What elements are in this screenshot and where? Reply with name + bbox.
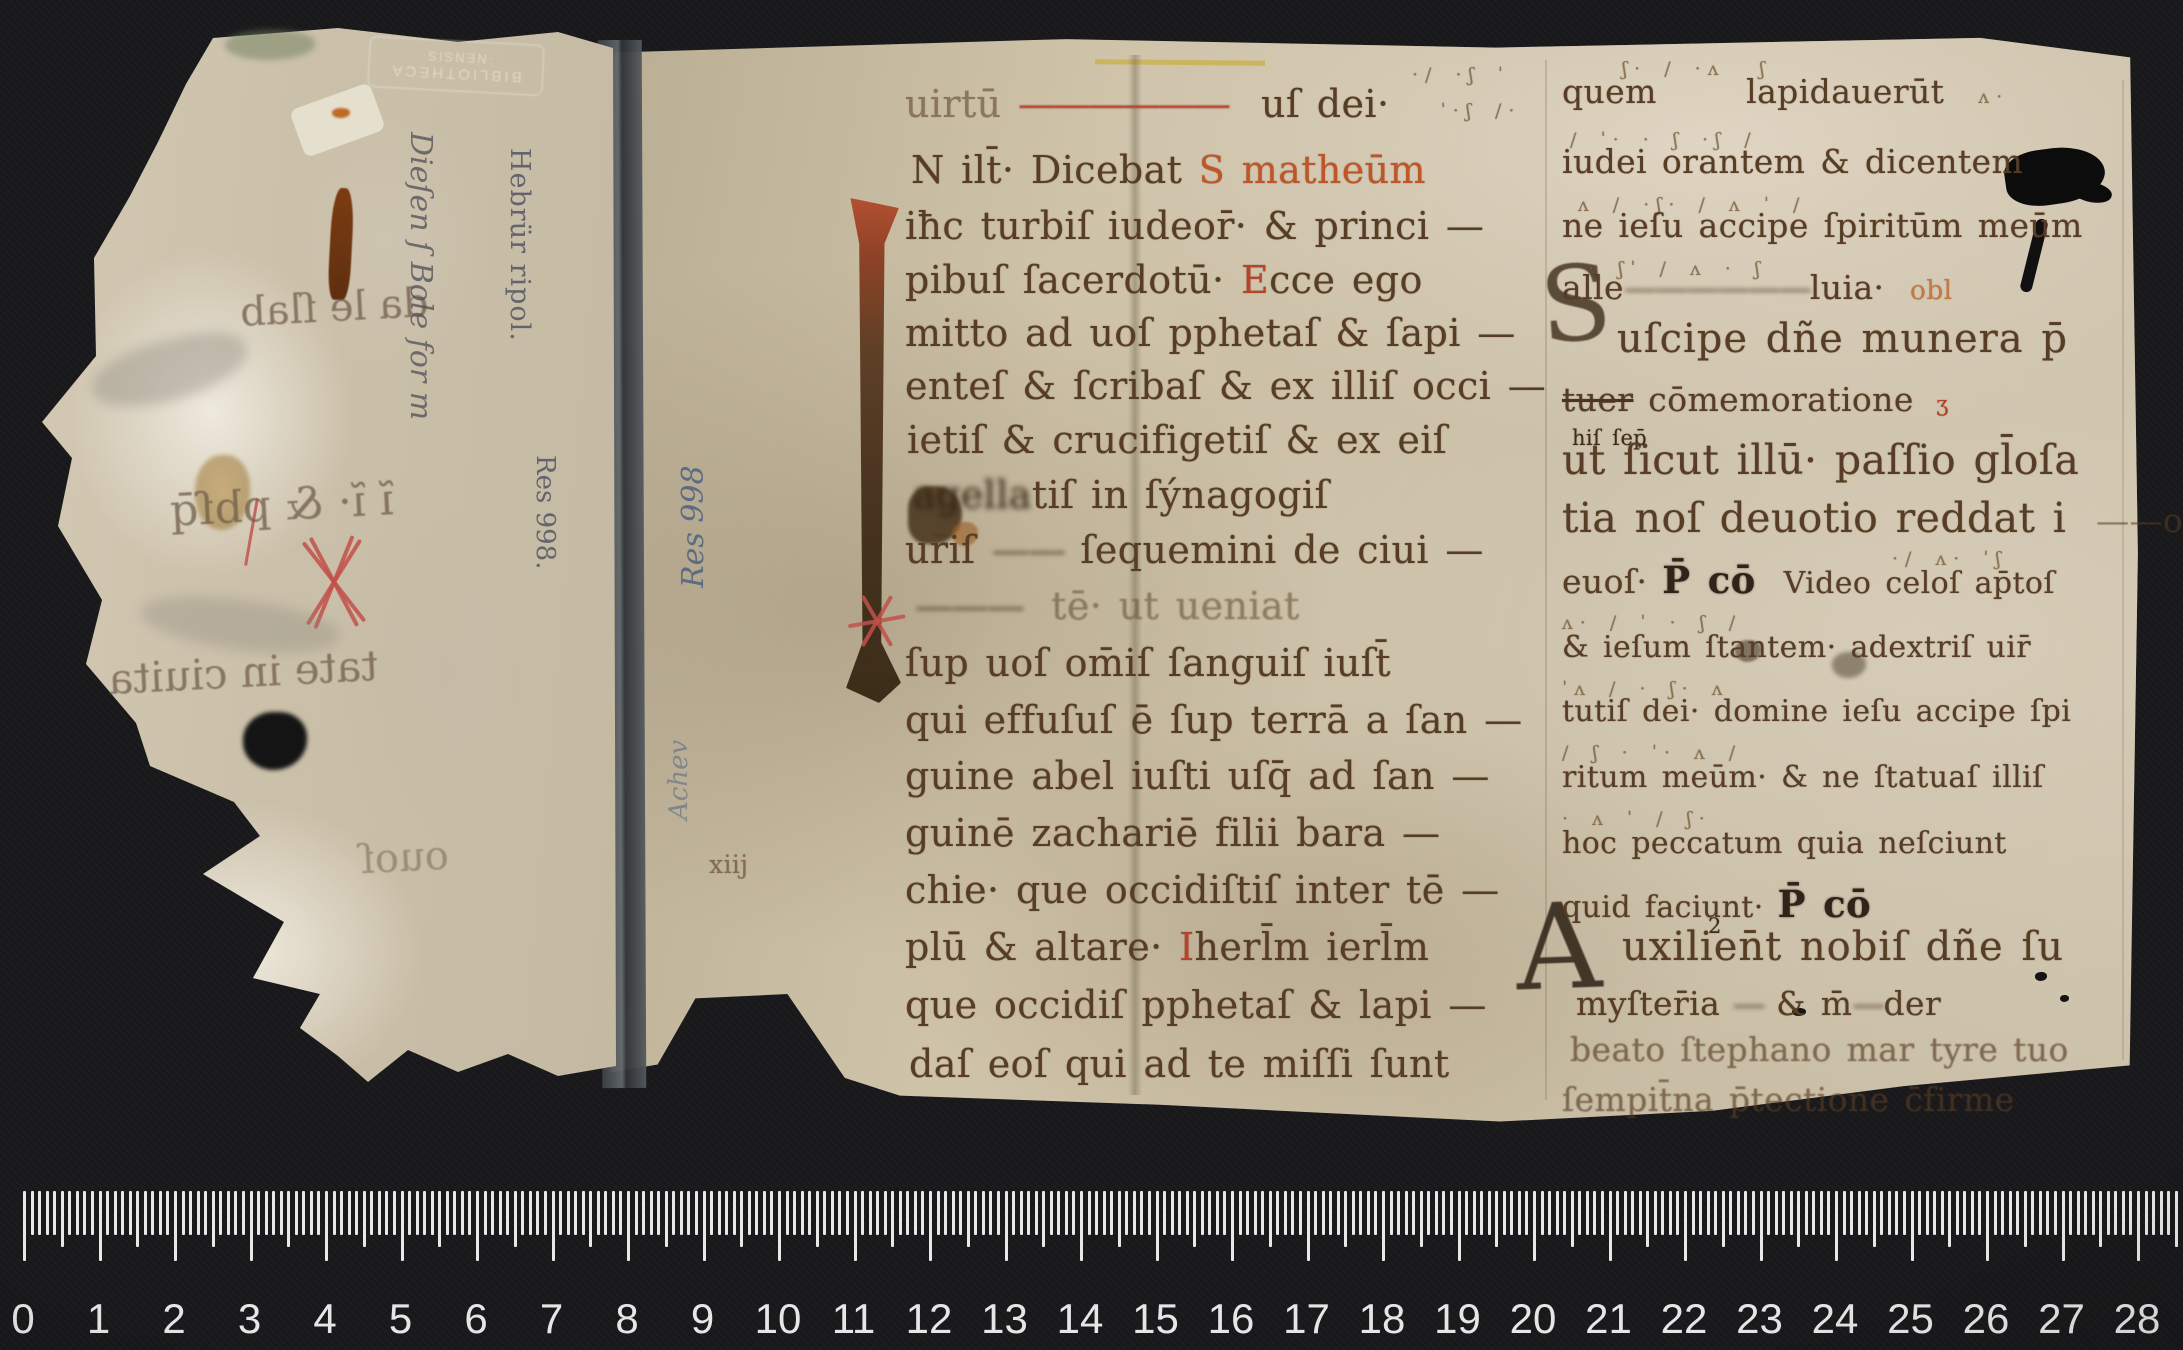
text-run: —————— [1624,268,1810,307]
ruler-number: 8 [615,1295,638,1343]
ruler-tick-mm [1518,1191,1521,1235]
ruler-tick-cm [2137,1191,2140,1261]
text-run: der [1884,984,1942,1023]
ruler-tick-mm [2077,1191,2080,1235]
ruler-tick-mm [1948,1191,1951,1247]
manuscript-text-line: que occidiſ pphetaſ & lapi — [905,983,1487,1027]
ruler-number: 26 [1963,1295,2010,1343]
ruler-tick-mm [755,1191,758,1235]
ruler-tick-mm [672,1191,675,1235]
ruler-tick-mm [914,1191,917,1235]
pencil-shelfmark: Res 998. [530,455,560,569]
ruler-tick-mm [967,1191,970,1247]
ruler-tick-mm [1450,1191,1453,1235]
pencil-annotation: Hebrür ripol. [504,148,535,342]
ruler-tick-mm [544,1191,547,1235]
manuscript-text-line: iudei orantem & dicentem [1562,142,2023,181]
ruler-number: 14 [1057,1295,1104,1343]
manuscript-text-line: ſup uoſ om̄iſ ſanguiſ iuſt̄ [905,641,1391,685]
ruler-tick-mm [1729,1191,1732,1235]
ruler-tick-mm [1246,1191,1249,1235]
ruler-tick-mm [1880,1191,1883,1235]
manuscript-text-line: euoſ· P̄ cō Video celoſ ap̄toſ [1562,558,2055,602]
text-run: ˈ·ʃ /· [1389,100,1521,122]
ruler-tick-mm [189,1191,192,1235]
manuscript-text-line: xiij [709,838,748,882]
ruler-number: 28 [2114,1295,2161,1343]
ruler-number: 1 [87,1295,110,1343]
ruler-tick-mm [1707,1191,1710,1235]
ruler-tick-mm [121,1191,124,1235]
ruler-tick-mm [899,1191,902,1235]
ruler-number: 27 [2038,1295,2085,1343]
ruler-tick-mm [38,1191,41,1235]
ruler-tick-mm [906,1191,909,1235]
ruler-tick-mm [370,1191,373,1235]
ruler-tick-mm [876,1191,879,1235]
ruler-tick-mm [574,1191,577,1235]
ruler-tick-mm [1042,1191,1045,1247]
ruler-tick-mm [1782,1191,1785,1235]
ruler-number: 12 [906,1295,953,1343]
text-run: Video celoſ ap̄toſ [1756,566,2055,601]
ruler-tick-mm [1563,1191,1566,1235]
ruler-tick-mm [333,1191,336,1235]
ruler-tick-mm [2167,1191,2170,1235]
ruler-tick-mm [567,1191,570,1235]
manuscript-text-line: agellatiſ in ſýnagogiſ [913,473,1329,517]
ruler-tick-mm [1140,1191,1143,1235]
red-asterisk [862,592,888,650]
ruler-tick-mm [219,1191,222,1235]
text-run: alle [1562,268,1624,307]
ruler-tick-mm [182,1191,185,1235]
ruler-tick-mm [861,1191,864,1235]
ruler-tick-mm [657,1191,660,1235]
ruler-tick-mm [1616,1191,1619,1235]
manuscript-text-line: hoc peccatum quia neſciunt [1562,822,2007,861]
ruler-tick-mm [53,1191,56,1235]
ruler-tick-mm [1994,1191,1997,1235]
ruler-tick-mm [1374,1191,1377,1235]
text-run: pibuſ ſacerdotū· [905,258,1241,302]
ruler-number: 25 [1887,1295,1934,1343]
ruler-tick-mm [431,1191,434,1235]
ruler-tick-mm [2129,1191,2132,1235]
ruler-number: 7 [540,1295,563,1343]
ruler-tick-mm [1072,1191,1075,1235]
ruler-tick-mm [1525,1191,1528,1235]
ruler-tick-cm [1684,1191,1687,1261]
ruler-tick-mm [484,1191,487,1235]
ruler-tick-mm [1442,1191,1445,1235]
ruler-tick-mm [1284,1191,1287,1235]
text-run: I [1179,925,1194,969]
ruler-tick-mm [2122,1191,2125,1235]
ruler-tick-mm [385,1191,388,1235]
ruler-tick-mm [114,1191,117,1235]
ruler-tick-mm [1593,1191,1596,1235]
text-run: tiſ in ſýnagogiſ [1032,473,1329,517]
ruler-tick-mm [1963,1191,1966,1235]
ruler-tick-mm [1012,1191,1015,1235]
ruler-tick-mm [2175,1191,2178,1247]
manuscript-text-line: guine abel iuſti uſq̄ ad ſan — [905,754,1490,798]
ruler-tick-mm [317,1191,320,1235]
ruler-number: 24 [1812,1295,1859,1343]
ruler-tick-mm [438,1191,441,1247]
ruler-tick-cm [1835,1191,1838,1261]
text-run: que occidiſ pphetaſ & lapi — [905,983,1487,1027]
spine-shelfmark: Res 998 [676,465,711,588]
manuscript-text-line: & ieſum ſtantem· adextriſ uir̄ [1562,626,2031,665]
ruler-tick-mm [1367,1191,1370,1235]
ruler-tick-mm [589,1191,592,1247]
ruler-tick-mm [1261,1191,1264,1235]
ruler-tick-mm [687,1191,690,1235]
library-stamp: BIBLIOTHECA ·NENSIS· [367,35,545,96]
ruler-tick-mm [1480,1191,1483,1235]
ruler-tick-cm [99,1191,102,1261]
ruler-tick-mm [1495,1191,1498,1247]
text-run: guinē zachariē filii bara — [905,811,1440,855]
text-run: ritum meūm· & ne ſtatuaſ illiſ [1562,760,2044,795]
ruler-tick-mm [1548,1191,1551,1235]
ruler-tick-mm [718,1191,721,1235]
ruler-tick-mm [423,1191,426,1235]
ruler-tick-mm [536,1191,539,1235]
ruler-tick-mm [1193,1191,1196,1247]
text-run: E [1241,258,1269,302]
ruler-tick-mm [974,1191,977,1235]
ruler-tick-mm [869,1191,872,1235]
ruler-tick-mm [740,1191,743,1247]
text-run: ne ieſu accipe ſpiritūm meūm [1562,206,2083,245]
manuscript-text-line: guinē zachariē filii bara — [905,811,1440,855]
ruler-tick-mm [1352,1191,1355,1235]
text-run: hoc peccatum quia neſciunt [1562,826,2007,861]
text-run: ietiſ & crucifigetiſ & ex eiſ [907,418,1447,462]
ruler-tick-cm [1911,1191,1914,1261]
ruler-tick-cm [1609,1191,1612,1261]
ruler-tick-mm [61,1191,64,1247]
text-run: ʒ [1914,392,1949,417]
ruler-tick-mm [1208,1191,1211,1235]
ruler-number: 6 [464,1295,487,1343]
manuscript-text-line: chie· que occidiſtiſ inter tē — [905,868,1500,912]
text-run: xiij [709,850,748,879]
manuscript-text-line: uxilien̄t nobiſ dñe ſu [1622,924,2064,970]
ruler-tick-mm [1556,1191,1559,1235]
ruler-tick-mm [2099,1191,2102,1247]
ruler-tick-mm [1148,1191,1151,1235]
ruler-number: 11 [832,1295,876,1343]
ruler-tick-mm [521,1191,524,1235]
ruler-tick-mm [468,1191,471,1235]
ruler-tick-mm [1435,1191,1438,1235]
ruler-tick-cm [250,1191,253,1261]
ruler-tick-mm [725,1191,728,1235]
ruler-tick-mm [1714,1191,1717,1235]
ruler-tick-mm [1971,1191,1974,1235]
text-column-right: ʃ· / ·ʌ ʃ·/ ·ʃ ˈquem lapidauerūt ʌ·/ ˈ· … [1562,0,2162,1130]
ruler-number: 5 [389,1295,412,1343]
ruler-tick-mm [144,1191,147,1235]
ruler-tick-mm [1133,1191,1136,1235]
ruler-tick-mm [801,1191,804,1235]
manuscript-text-line: ietiſ & crucifigetiſ & ex eiſ [907,418,1447,462]
text-run: iħc turbiſ iudeor̄· & princi — [905,204,1484,248]
ruler-tick-mm [393,1191,396,1235]
ruler-tick-mm [891,1191,894,1247]
ruler-tick-mm [265,1191,268,1235]
manuscript-photo: BIBLIOTHECA ·NENSIS· da le ſlab ĩ ĩ· & p… [0,0,2183,1350]
ruler-tick-mm [1601,1191,1604,1235]
ruler-tick-mm [1895,1191,1898,1235]
manuscript-text-line: ·/ ·ʃ ˈ [1412,50,1510,89]
text-run: cōmemoratione [1633,380,1913,419]
ruler-number: 4 [313,1295,336,1343]
ruler-tick-mm [1978,1191,1981,1235]
ruler-tick-mm [1276,1191,1279,1235]
ruler-tick-cm [325,1191,328,1261]
ruler-tick-mm [529,1191,532,1235]
ruler-tick-mm [1420,1191,1423,1247]
text-run: ut ſicut illū· paſſio gl̄oſa [1562,436,2079,484]
ruler-tick-mm [1571,1191,1574,1247]
ruler-tick-mm [204,1191,207,1235]
ruler-tick-mm [680,1191,683,1235]
ruler-tick-mm [1865,1191,1868,1235]
ruler-tick-mm [2054,1191,2057,1235]
text-run: P̄ cō [1662,558,1756,602]
text-run: guine abel iuſti uſq̄ ad ſan — [905,754,1490,798]
ruler-tick-mm [1903,1191,1906,1235]
ruler-tick-mm [944,1191,947,1235]
manuscript-text-line: alle——————luia· obl [1562,268,1952,307]
ruler-tick-mm [2016,1191,2019,1235]
text-run: ſequemini de ciui — [1064,528,1484,572]
manuscript-text-line: ritum meūm· & ne ſtatuaſ illiſ [1562,756,2044,795]
ruler-number: 16 [1208,1295,1255,1343]
ruler-tick-mm [1578,1191,1581,1235]
manuscript-text-line: myſter̄ia — & m̄—der [1576,984,1941,1023]
ruler-tick-mm [559,1191,562,1235]
ruler-tick-mm [1541,1191,1544,1235]
ruler-tick-mm [2001,1191,2004,1235]
ruler-tick-mm [1820,1191,1823,1235]
text-run: luia· [1810,268,1885,307]
text-run: uirtū [905,82,1018,126]
text-run: agella [913,473,1032,517]
ruler-tick-mm [1850,1191,1853,1235]
manuscript-text-line: uſcipe dñe munera p̄ [1617,316,2068,362]
ruler-number: 17 [1283,1295,1330,1343]
ruler-tick-mm [1744,1191,1747,1235]
ruler-tick-cm [1458,1191,1461,1261]
ruler-tick-mm [1812,1191,1815,1235]
ruler-tick-mm [1722,1191,1725,1247]
ruler-tick-mm [197,1191,200,1235]
ruler-tick-mm [2114,1191,2117,1235]
ruler-tick-mm [1888,1191,1891,1235]
ruler-tick-mm [1027,1191,1030,1235]
ruler-tick-mm [1624,1191,1627,1235]
ruler-number: 2 [162,1295,185,1343]
ruler-tick-mm [1692,1191,1695,1235]
text-run: S matheūm [1199,148,1426,192]
ruler-number: 3 [238,1295,261,1343]
ruler-tick-mm [1171,1191,1174,1235]
manuscript-text-line: iħc turbiſ iudeor̄· & princi — [905,204,1484,248]
scale-ruler: 0123456789101112131415161718192021222324… [0,1183,2183,1350]
manuscript-text-line: enteſ & ſcribaſ & ex illiſ occi — [905,364,1546,408]
ruler-tick-mm [1669,1191,1672,1235]
ruler-tick-mm [921,1191,924,1235]
ruler-tick-mm [1050,1191,1053,1235]
ruler-tick-mm [2009,1191,2012,1235]
ruler-tick-mm [2046,1191,2049,1235]
ruler-tick-mm [710,1191,713,1235]
ruler-tick-mm [1646,1191,1649,1247]
text-run: daſ eoſ qui ad te miſſi ſunt [909,1042,1450,1086]
ruler-tick-cm [703,1191,706,1261]
spine-annotation: Achev [664,740,694,820]
ruler-tick-cm [1005,1191,1008,1261]
ruler-number: 15 [1132,1295,1179,1343]
ruler-tick-mm [363,1191,366,1247]
ruler-tick-mm [1329,1191,1332,1235]
ruler-tick-mm [76,1191,79,1235]
ruler-tick-mm [151,1191,154,1235]
ruler-tick-mm [1337,1191,1340,1235]
ruler-tick-mm [416,1191,419,1235]
ruler-tick-mm [1322,1191,1325,1235]
text-run: mitto ad uoſ pphetaſ & ſapi — [905,311,1516,355]
ruler-tick-mm [1110,1191,1113,1235]
ruler-tick-mm [159,1191,162,1235]
ruler-tick-mm [2084,1191,2087,1235]
text-run: —— [992,528,1064,572]
ruler-tick-mm [959,1191,962,1235]
ruler-number: 21 [1585,1295,1632,1343]
text-run: obl [1884,275,1952,306]
ruler-tick-cm [929,1191,932,1261]
ruler-tick-mm [1299,1191,1302,1235]
ruler-tick-mm [272,1191,275,1235]
ruler-tick-mm [695,1191,698,1235]
text-run: herl̄m ierl̄m [1195,925,1430,969]
ruler-number: 10 [755,1295,802,1343]
text-run: qui effuſuſ ē ſup terrā a ſan — [905,698,1523,742]
ruler-tick-mm [2024,1191,2027,1247]
ruler-tick-mm [1465,1191,1468,1235]
ruler-tick-mm [1752,1191,1755,1235]
ink-annotation: Dieſen ſ Bole for m [403,132,438,420]
manuscript-text-line: beato ſtephano mar tyre tuo [1570,1030,2069,1069]
ruler-tick-mm [612,1191,615,1235]
ruler-tick-mm [1827,1191,1830,1235]
ruler-tick-mm [1805,1191,1808,1235]
ruler-tick-mm [1661,1191,1664,1235]
text-column-center: uirtū —————— uſ dei· ˈ·ʃ /·N ilt̄· Diceb… [905,0,1325,1130]
text-run: uſ dei· [1228,82,1389,126]
ruler-tick-cm [778,1191,781,1261]
ruler-tick-mm [1405,1191,1408,1235]
ruler-tick-mm [1216,1191,1219,1235]
ruler-tick-mm [461,1191,464,1235]
ruler-tick-mm [1858,1191,1861,1235]
ruler-tick-mm [1639,1191,1642,1235]
ruler-tick-mm [340,1191,343,1235]
text-run: quem [1562,72,1657,111]
ruler-tick-mm [1065,1191,1068,1235]
ruler-tick-mm [1676,1191,1679,1235]
ruler-tick-mm [287,1191,290,1247]
ruler-tick-mm [1103,1191,1106,1235]
manuscript-text-line: daſ eoſ qui ad te miſſi ſunt [909,1042,1450,1086]
ruler-number: 19 [1434,1295,1481,1343]
ruler-tick-mm [1699,1191,1702,1235]
ruler-tick-mm [1503,1191,1506,1235]
ruler-tick-mm [2069,1191,2072,1235]
ruler-tick-mm [234,1191,237,1235]
manuscript-text-line: ——— tē· ut ueniat [915,584,1300,628]
ruler-tick-mm [295,1191,298,1235]
ruler-tick-mm [1654,1191,1657,1235]
text-run: cce ego [1269,258,1423,302]
text-run: N ilt̄· Dicebat [911,148,1199,192]
ruler-tick-cm [1760,1191,1763,1261]
ruler-tick-mm [1586,1191,1589,1235]
ruler-tick-mm [808,1191,811,1235]
ruler-tick-mm [348,1191,351,1235]
ruler-tick-mm [68,1191,71,1235]
ruler-tick-mm [2107,1191,2110,1235]
ruler-tick-mm [453,1191,456,1235]
ruler-tick-mm [302,1191,305,1235]
manuscript-text-line: qui effuſuſ ē ſup terrā a ſan — [905,698,1523,742]
ruler-tick-mm [831,1191,834,1235]
ruler-tick-mm [582,1191,585,1235]
ruler-tick-mm [1239,1191,1242,1235]
ruler-tick-mm [982,1191,985,1235]
ruler-tick-mm [665,1191,668,1247]
ruler-tick-cm [2062,1191,2065,1261]
ruler-tick-mm [166,1191,169,1235]
text-run: ʌ· [1944,86,2009,108]
ruler-tick-mm [937,1191,940,1235]
ruler-tick-mm [1790,1191,1793,1235]
text-run: enteſ & ſcribaſ & ex illiſ occi — [905,364,1546,408]
text-run: ſempit̄na p̄tectione c̄firme [1562,1080,2015,1119]
ruler-tick-mm [816,1191,819,1247]
ruler-tick-mm [989,1191,992,1235]
text-run: myſter̄ia [1576,984,1720,1023]
ruler-number: 18 [1359,1295,1406,1343]
text-run: lapidauerūt [1746,72,1944,111]
ruler-tick-mm [1412,1191,1415,1235]
manuscript-text-line: pibuſ ſacerdotū· Ecce ego [905,258,1423,302]
ruler-tick-mm [1269,1191,1272,1247]
text-run: ·/ ·ʃ ˈ [1412,64,1510,86]
ruler-tick-mm [952,1191,955,1235]
ruler-tick-mm [1941,1191,1944,1235]
ruler-tick-mm [1359,1191,1362,1235]
ruler-tick-mm [884,1191,887,1235]
ruler-tick-mm [1291,1191,1294,1235]
ruler-tick-mm [763,1191,766,1235]
